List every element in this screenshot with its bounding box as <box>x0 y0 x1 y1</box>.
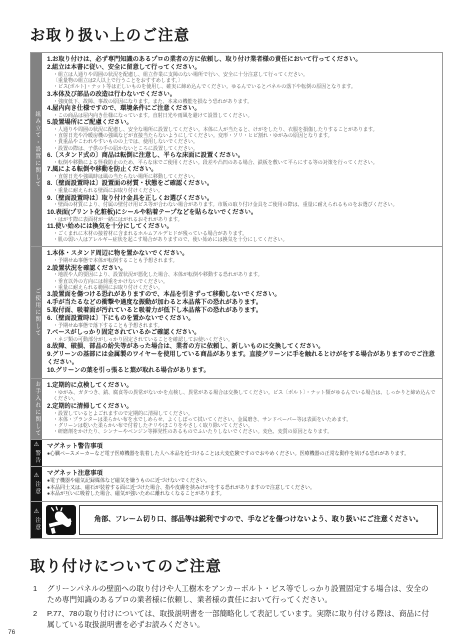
install-precautions-list: 1グリーンパネルの壁面への取り付けや人工樹木をアンカーボルト・ビス等でしっかり設… <box>30 583 445 631</box>
item-heading: 10.グリーンの葉を引っ張ると葉が取れる場合があります。 <box>47 367 437 375</box>
precaution-sections: 組み立て・設置に関して1.お取り付けは、必ず専門知識のあるプロの業者の方に依頼し… <box>31 53 442 501</box>
section-content: 1.お取り付けは、必ず専門知識のあるプロの業者の方に依頼し、取り付け業者様の責任… <box>42 53 442 246</box>
precaution-section: 組み立て・設置に関して1.お取り付けは、必ず専門知識のあるプロの業者の方に依頼し… <box>31 53 442 246</box>
final-caution-row: ⚠ 注意 角部、フレーム切り口、部品等は鋭利ですので、手などを傷つけない <box>31 501 442 538</box>
item-heading: 7.風による転倒や移動を防止ください。 <box>47 166 437 174</box>
magnet-warning-section: ⚠注意マグネット注意事項●電子機器や磁気記録媒体など磁気を嫌うものに近づけないで… <box>31 466 442 501</box>
item-heading: 3.本体及び部品の改造は行わないでください。 <box>47 91 437 99</box>
section-content: 1.定期的に点検してください。・ゆがみ、ガタつき、錆、腐食等の異常がないかを点検… <box>42 379 442 439</box>
item-note: ・壁面の材質により、付属の壁付け用ビス等が合わない場合があります。市販の取り付け… <box>47 202 437 208</box>
install-item-number: 2 <box>33 608 47 631</box>
item-heading: 11.使い始めには換気を十分にしてください。 <box>47 223 437 231</box>
warning-triangle-icon: ⚠ <box>34 509 39 515</box>
install-item-number: 1 <box>33 583 47 606</box>
handling-precautions-box: 組み立て・設置に関して1.お取り付けは、必ず専門知識のあるプロの業者の方に依頼し… <box>30 52 443 539</box>
item-heading: 9.グリーンの基部には金属製のワイヤーを使用している商品があります。直接グリーン… <box>47 351 437 367</box>
precaution-section: お手入れに関して1.定期的に点検してください。・ゆがみ、ガタつき、錆、腐食等の異… <box>31 378 442 439</box>
install-item: 1グリーンパネルの壁面への取り付けや人工樹木をアンカーボルト・ビス等でしっかり設… <box>33 583 433 606</box>
hand-cut-icon <box>46 505 76 535</box>
warning-tab-label: 警告 <box>34 450 40 464</box>
warning-heading: マグネット注意事項 <box>47 470 437 478</box>
warning-tab: ⚠警告 <box>31 440 42 466</box>
item-heading: 2.組立は本書に従い、安全に留意して行ってください。 <box>47 64 437 72</box>
final-caution-text: 角部、フレーム切り口、部品等は鋭利ですので、手などを傷つけないよう、取り扱いにご… <box>94 515 423 524</box>
item-heading: 1.定期的に点検してください。 <box>47 382 437 390</box>
section-tab-label: ご使用に関して <box>34 288 40 337</box>
page-number: 76 <box>8 629 15 636</box>
final-caution-content: 角部、フレーム切り口、部品等は鋭利ですので、手などを傷つけないよう、取り扱いにご… <box>42 502 442 538</box>
section-tab: お手入れに関して <box>31 379 42 439</box>
warning-content: マグネット注意事項●電子機器や磁気記録媒体など磁気を嫌うものに近づけないでくださ… <box>42 467 442 501</box>
item-note: ・ゆがみ、ガタつき、錆、腐食等の異常がないかを点検し、異常がある場合は交換してく… <box>47 390 437 403</box>
document-page: お取り扱い上のご注意 組み立て・設置に関して1.お取り付けは、必ず専門知識のある… <box>0 0 455 644</box>
item-heading: 6.〔壁面設置時は〕下にものを置かないでください。 <box>47 315 437 323</box>
install-title: 取り付けについてのご注意 <box>30 555 445 576</box>
item-heading: 7.ベースがしっかり固定されているかご確認ください。 <box>47 329 437 337</box>
section-tab: 組み立て・設置に関して <box>31 53 42 246</box>
item-heading: 3.設置面を傷つける恐れがありますので、本品を引きずって移動しないでください。 <box>47 291 437 299</box>
warning-bullet: ●本品が互いに吸着した場合、磁気が強いために離れなくなることがあります。 <box>47 491 437 498</box>
item-heading: 5.取付面、吸着面が汚れていると吸着力が低下し本品落下の恐れがあります。 <box>47 307 437 315</box>
warning-bullet: ●心臓ペースメーカーなど電子医療機器を装着した人へ本品を近づけることは大変危険で… <box>47 451 437 458</box>
section-tab: ご使用に関して <box>31 247 42 378</box>
item-heading: 6.〔スタンド式の〕商品は転倒に注意し、平らな床面に設置ください。 <box>47 152 437 160</box>
item-heading: 2.定期的に清掃してください。 <box>47 403 437 411</box>
section-tab-label: 組み立て・設置に関して <box>34 111 40 188</box>
item-heading: 4.屋内向き仕様ですので、環境条件にご注意ください。 <box>47 105 437 113</box>
section-tab-label: お手入れに関して <box>34 381 40 437</box>
item-note: ・研磨剤をかけたり、シンナーやベンジン等揮発性のあるものでふいたりしないでくださ… <box>47 429 437 435</box>
magnet-warning-section: ⚠警告マグネット警告事項●心臓ペースメーカーなど電子医療機器を装着した人へ本品を… <box>31 439 442 466</box>
precaution-section: ご使用に関して1.本体・スタンド周辺に物を置かないでください。・予期せぬ事態で本… <box>31 246 442 378</box>
final-caution-box: 角部、フレーム切り口、部品等は鋭利ですので、手などを傷つけないよう、取り扱いにご… <box>79 505 438 535</box>
item-heading: 1.お取り付けは、必ず専門知識のあるプロの業者の方に依頼し、取り付け業者様の責任… <box>47 56 437 64</box>
install-item-text: P.77、78の取り付けについては、取扱説明書を一部簡略化して表記しています。実… <box>47 608 433 631</box>
warning-triangle-icon: ⚠ <box>34 442 39 448</box>
install-item: 2P.77、78の取り付けについては、取扱説明書を一部簡略化して表記しています。… <box>33 608 433 631</box>
item-note: ・肌の弱い人はアレルギー症状を起こす場合がありますので、使い始めには換気を十分に… <box>47 237 437 243</box>
caution-tab-label: 注意 <box>34 517 40 531</box>
warning-tab-label: 注意 <box>34 481 40 495</box>
item-heading: 5.設置場所にご配慮ください。 <box>47 119 437 127</box>
warning-triangle-icon: ⚠ <box>34 473 39 479</box>
item-heading: 10.表面(プリント化粧板)にシールや粘着テープなどを貼らないでください。 <box>47 209 437 217</box>
item-heading: 4.手が当たるなどの衝撃や過度な振動が加わると本品落下の恐れがあります。 <box>47 299 437 307</box>
caution-tab: ⚠ 注意 <box>31 502 42 538</box>
warning-tab: ⚠注意 <box>31 467 42 501</box>
warning-content: マグネット警告事項●心臓ペースメーカーなど電子医療機器を装着した人へ本品を近づけ… <box>42 440 442 466</box>
page-title: お取り扱い上のご注意 <box>30 24 445 45</box>
warning-heading: マグネット警告事項 <box>47 443 437 451</box>
section-content: 1.本体・スタンド周辺に物を置かないでください。・予期せぬ事態で本体が転倒するこ… <box>42 247 442 378</box>
install-item-text: グリーンパネルの壁面への取り付けや人工樹木をアンカーボルト・ビス等でしっかり設置… <box>47 583 433 606</box>
